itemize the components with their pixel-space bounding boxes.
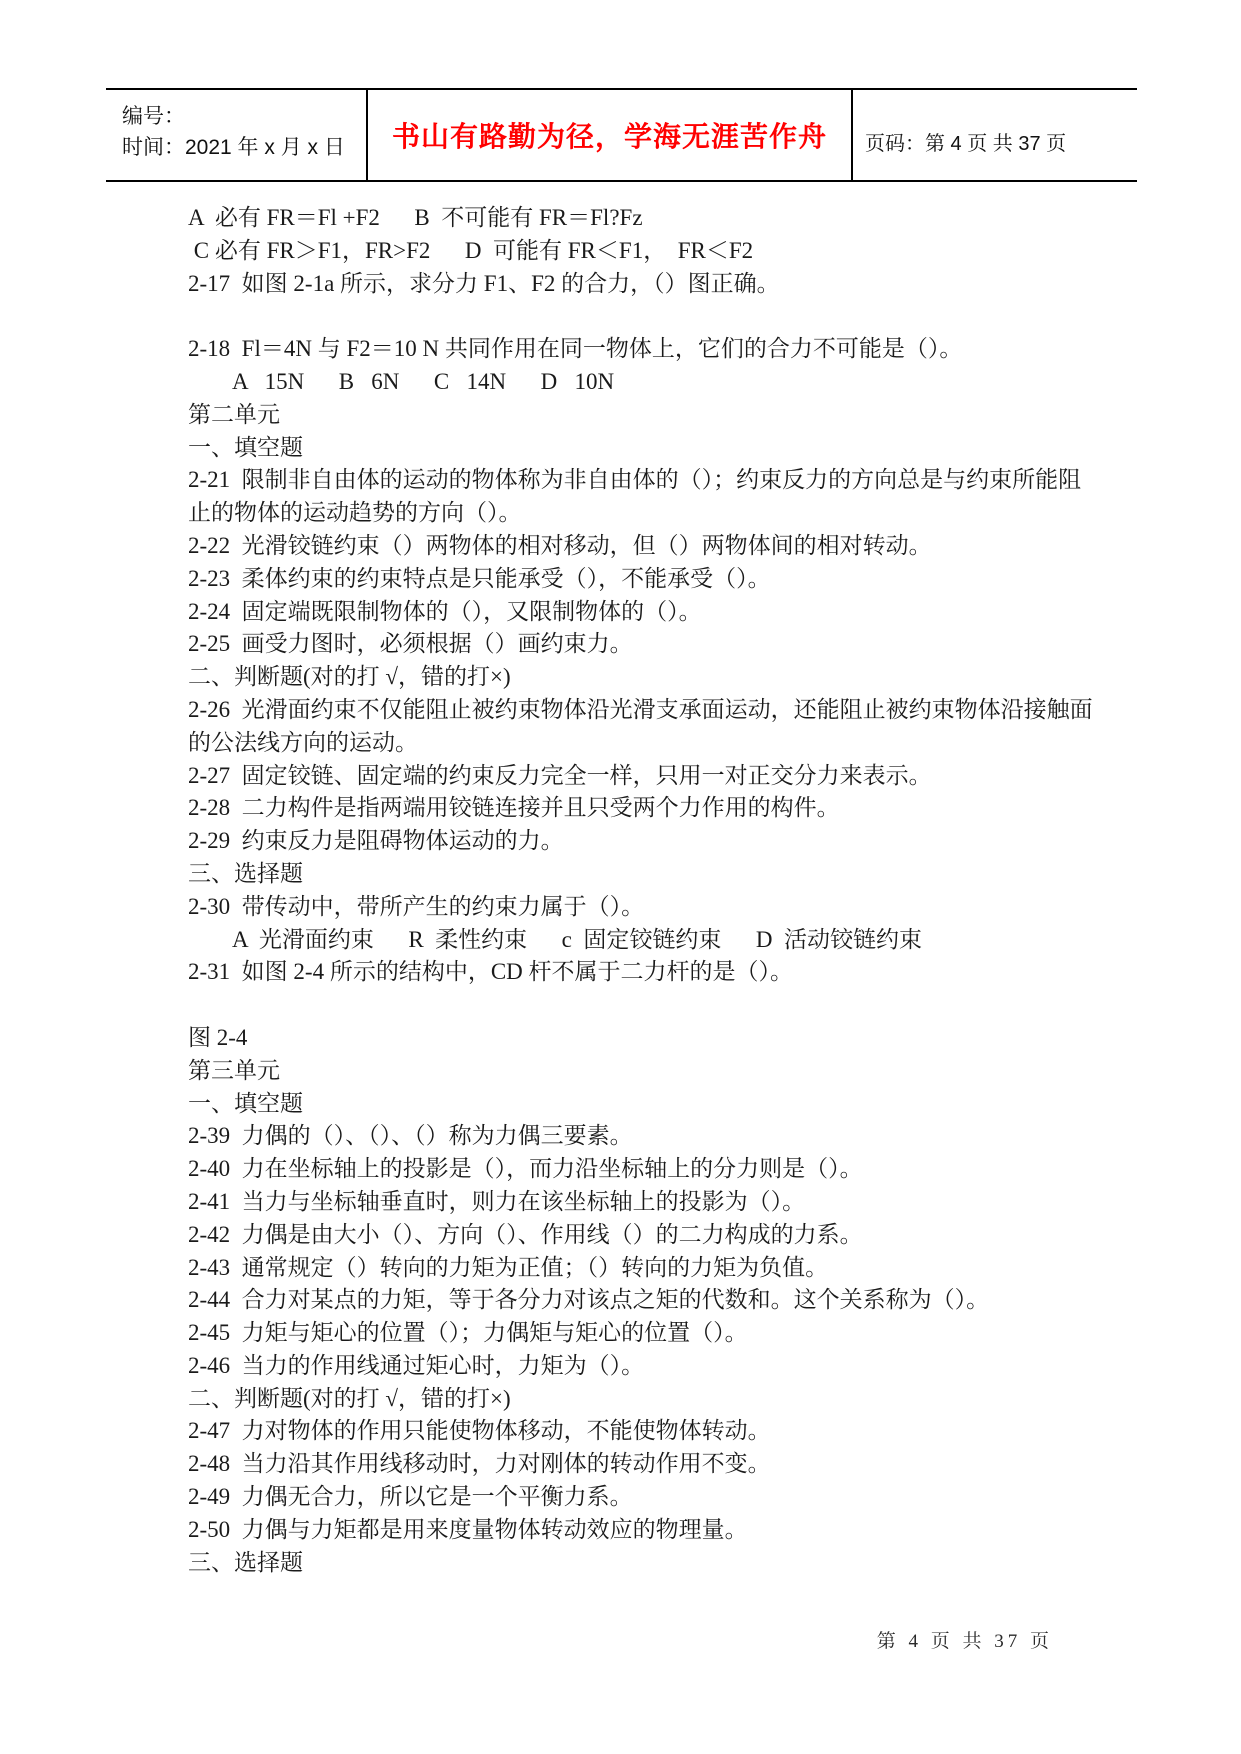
body-line: 2-22 光滑铰链约束（）两物体的相对移动，但（）两物体间的相对转动。: [188, 530, 1118, 563]
header-table: 编号： 时间：2021 年 x 月 x 日 书山有路勤为径，学海无涯苦作舟 页码…: [106, 88, 1137, 182]
body-line: 2-27 固定铰链、固定端的约束反力完全一样，只用一对正交分力来表示。: [188, 760, 1118, 793]
body-line: A 15N B 6N C 14N D 10N: [188, 366, 1118, 399]
body-line: 2-40 力在坐标轴上的投影是（），而力沿坐标轴上的分力则是（）。: [188, 1153, 1118, 1186]
body-line: 一、填空题: [188, 1088, 1118, 1121]
body-line: 2-45 力矩与矩心的位置（）；力偶矩与矩心的位置（）。: [188, 1317, 1118, 1350]
body-line: 第三单元: [188, 1055, 1118, 1088]
body-line: 三、选择题: [188, 1547, 1118, 1580]
body-line: 2-48 当力沿其作用线移动时，力对刚体的转动作用不变。: [188, 1448, 1118, 1481]
body-line: 2-24 固定端既限制物体的（），又限制物体的（）。: [188, 596, 1118, 629]
body-line: 二、判断题(对的打 √，错的打×): [188, 661, 1118, 694]
page-number-label: 页码：第 4 页 共 37 页: [865, 127, 1066, 156]
body-line: 2-26 光滑面约束不仅能阻止被约束物体沿光滑支承面运动，还能阻止被约束物体沿接…: [188, 694, 1118, 727]
body-line: A 必有 FR＝Fl +F2 B 不可能有 FR＝Fl?Fz: [188, 202, 1118, 235]
body-line: C 必有 FR＞F1，FR>F2 D 可能有 FR＜F1， FR＜F2: [188, 235, 1118, 268]
body-line: 二、判断题(对的打 √，错的打×): [188, 1383, 1118, 1416]
body-line: 2-44 合力对某点的力矩，等于各分力对该点之矩的代数和。这个关系称为（）。: [188, 1284, 1118, 1317]
document-time-label: 时间：2021 年 x 月 x 日: [122, 132, 366, 163]
body-line: 2-46 当力的作用线通过矩心时，力矩为（）。: [188, 1350, 1118, 1383]
body-line: 的公法线方向的运动。: [188, 727, 1118, 760]
footer-page-info: 第 4 页 共 37 页: [877, 1626, 1053, 1653]
document-body: A 必有 FR＝Fl +F2 B 不可能有 FR＝Fl?Fz C 必有 FR＞F…: [188, 202, 1118, 1579]
blank-line: [188, 989, 1118, 1022]
body-line: 2-25 画受力图时，必须根据（）画约束力。: [188, 628, 1118, 661]
body-line: 2-23 柔体约束的约束特点是只能承受（），不能承受（）。: [188, 563, 1118, 596]
body-line: 止的物体的运动趋势的方向（）。: [188, 497, 1118, 530]
body-line: 2-47 力对物体的作用只能使物体移动，不能使物体转动。: [188, 1415, 1118, 1448]
body-line: 2-43 通常规定（）转向的力矩为正值；（）转向的力矩为负值。: [188, 1252, 1118, 1285]
document-page: 编号： 时间：2021 年 x 月 x 日 书山有路勤为径，学海无涯苦作舟 页码…: [0, 0, 1241, 1754]
header-meta-cell: 编号： 时间：2021 年 x 月 x 日: [106, 90, 366, 180]
body-line: 2-18 Fl＝4N 与 F2＝10 N 共同作用在同一物体上，它们的合力不可能…: [188, 333, 1118, 366]
body-line: 2-29 约束反力是阻碍物体运动的力。: [188, 825, 1118, 858]
body-line: 第二单元: [188, 399, 1118, 432]
body-line: 2-49 力偶无合力，所以它是一个平衡力系。: [188, 1481, 1118, 1514]
body-line: 2-50 力偶与力矩都是用来度量物体转动效应的物理量。: [188, 1514, 1118, 1547]
body-line: 2-31 如图 2-4 所示的结构中，CD 杆不属于二力杆的是（）。: [188, 956, 1118, 989]
body-line: A 光滑面约束 R 柔性约束 c 固定铰链约束 D 活动铰链约束: [188, 924, 1118, 957]
header-page-cell: 页码：第 4 页 共 37 页: [853, 90, 1137, 180]
body-line: 2-21 限制非自由体的运动的物体称为非自由体的（）；约束反力的方向总是与约束所…: [188, 464, 1118, 497]
body-line: 2-17 如图 2-1a 所示，求分力 F1、F2 的合力，（）图正确。: [188, 268, 1118, 301]
blank-line: [188, 300, 1118, 333]
body-line: 2-39 力偶的（）、（）、（）称为力偶三要素。: [188, 1120, 1118, 1153]
body-line: 2-41 当力与坐标轴垂直时，则力在该坐标轴上的投影为（）。: [188, 1186, 1118, 1219]
body-line: 2-28 二力构件是指两端用铰链连接并且只受两个力作用的构件。: [188, 792, 1118, 825]
body-line: 2-30 带传动中，带所产生的约束力属于（）。: [188, 891, 1118, 924]
slogan-text: 书山有路勤为径，学海无涯苦作舟: [392, 115, 827, 155]
header-slogan-cell: 书山有路勤为径，学海无涯苦作舟: [366, 90, 853, 180]
body-line: 图 2-4: [188, 1022, 1118, 1055]
body-line: 三、选择题: [188, 858, 1118, 891]
body-line: 一、填空题: [188, 432, 1118, 465]
body-line: 2-42 力偶是由大小（）、方向（）、作用线（）的二力构成的力系。: [188, 1219, 1118, 1252]
document-number-label: 编号：: [122, 101, 366, 132]
